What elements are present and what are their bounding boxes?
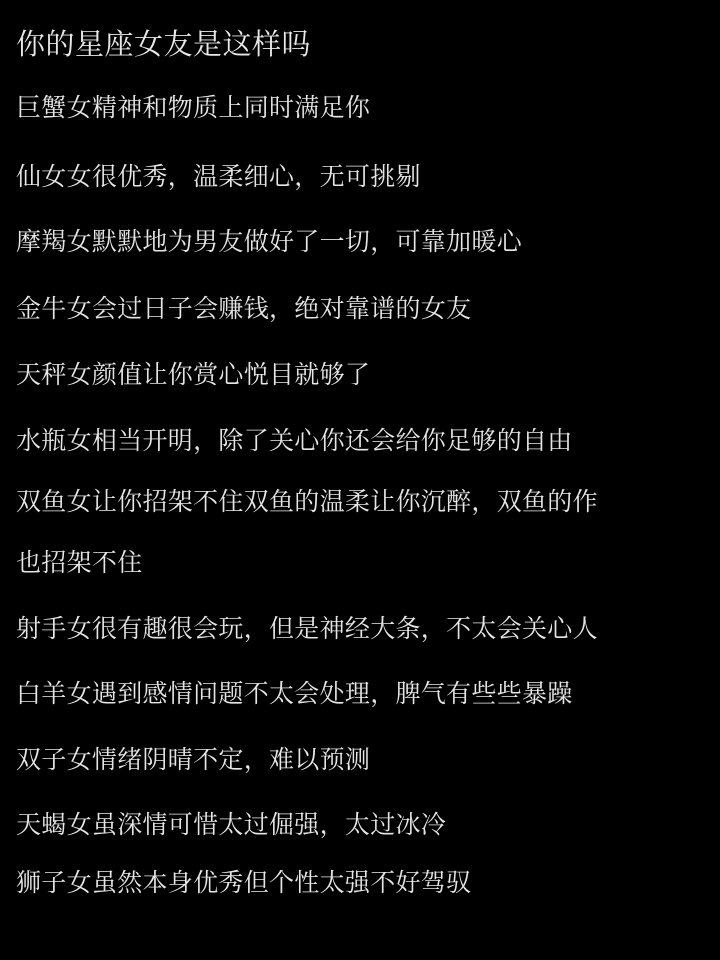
text-line-pisces-cont: 也招架不住 xyxy=(16,543,143,583)
text-line-cancer: 巨蟹女精神和物质上同时满足你 xyxy=(16,88,370,128)
text-line-virgo: 仙女女很优秀，温柔细心，无可挑剔 xyxy=(16,157,421,197)
text-line-leo: 狮子女虽然本身优秀但个性太强不好驾驭 xyxy=(16,863,471,903)
text-line-scorpio: 天蝎女虽深情可惜太过倔强，太过冰冷 xyxy=(16,805,446,845)
text-line-sagittarius: 射手女很有趣很会玩，但是神经大条，不太会关心人 xyxy=(16,609,598,649)
page-title: 你的星座女友是这样吗 xyxy=(16,22,311,66)
text-line-capricorn: 摩羯女默默地为男友做好了一切，可靠加暖心 xyxy=(16,222,522,262)
text-line-aries: 白羊女遇到感情问题不太会处理，脾气有些些暴躁 xyxy=(16,674,573,714)
text-line-gemini: 双子女情绪阴晴不定，难以预测 xyxy=(16,740,370,780)
text-line-libra: 天秤女颜值让你赏心悦目就够了 xyxy=(16,355,370,395)
text-line-taurus: 金牛女会过日子会赚钱，绝对靠谱的女友 xyxy=(16,289,471,329)
text-page: 你的星座女友是这样吗 巨蟹女精神和物质上同时满足你 仙女女很优秀，温柔细心，无可… xyxy=(0,0,720,960)
text-line-pisces: 双鱼女让你招架不住双鱼的温柔让你沉醉，双鱼的作 xyxy=(16,482,598,522)
text-line-aquarius: 水瓶女相当开明，除了关心你还会给你足够的自由 xyxy=(16,421,573,461)
